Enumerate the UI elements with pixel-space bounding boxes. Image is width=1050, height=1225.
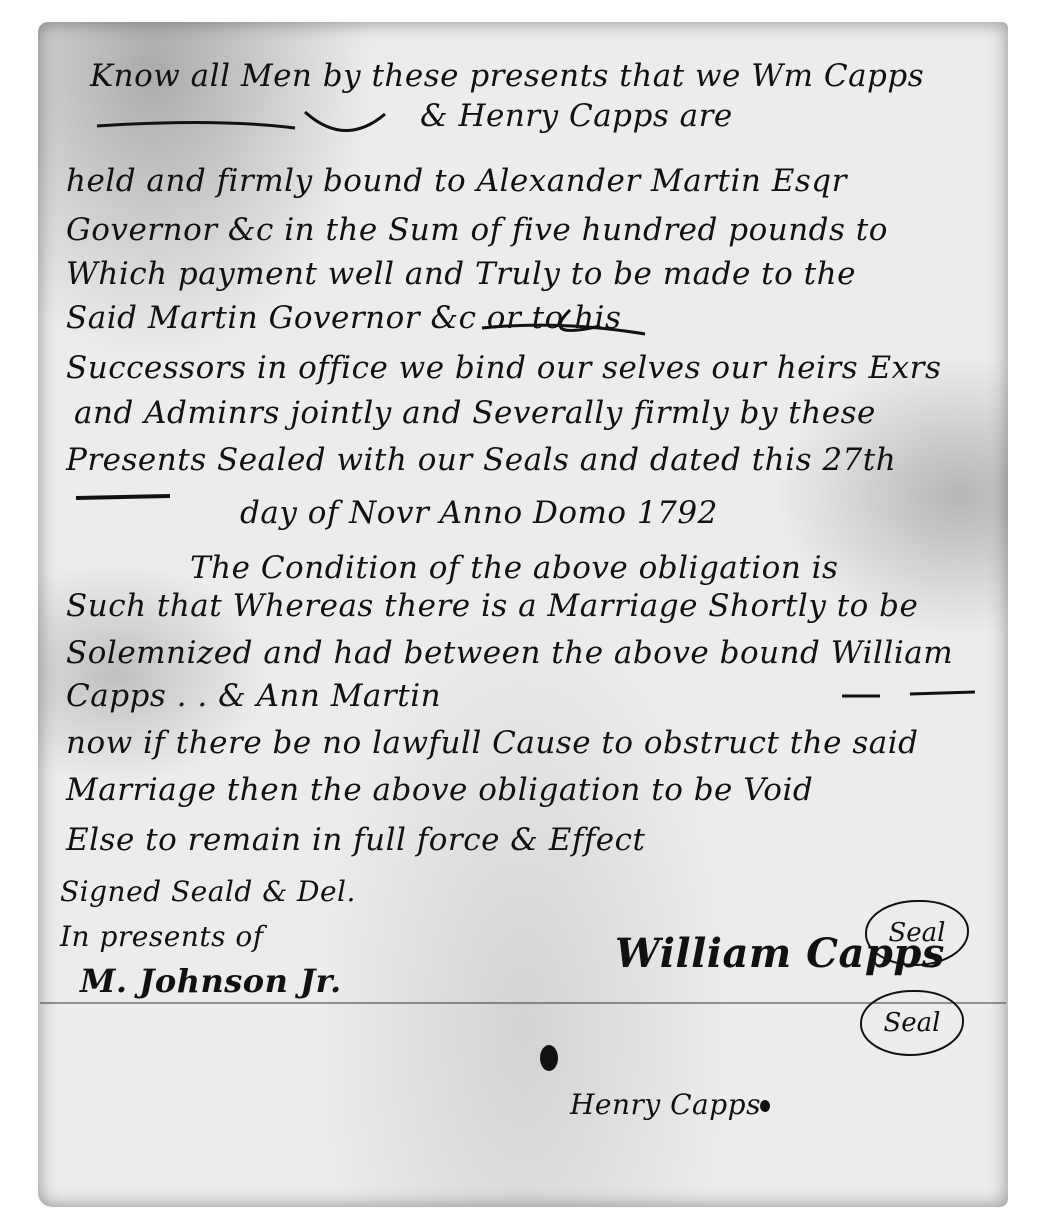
text-line-14: Capps . . & Ann Martin [66,678,441,714]
flourish-line-icon [95,108,425,148]
witness-signature: M. Johnson Jr. [80,962,342,1000]
seal-label: Seal [883,1008,940,1038]
text-line-11: The Condition of the above obligation is [190,550,838,586]
ink-blot [760,1100,770,1112]
ink-blot [540,1045,558,1071]
text-line-10: day of Novr Anno Domo 1792 [240,495,718,531]
flourish-line-icon [840,688,980,702]
text-line-13: Solemnized and had between the above bou… [66,635,953,671]
text-line-17: Else to remain in full force & Effect [66,822,645,858]
text-line-12: Such that Whereas there is a Marriage Sh… [66,588,918,624]
text-line-7: Successors in office we bind our selves … [66,350,941,386]
text-line-9: Presents Sealed with our Seals and dated… [66,442,896,478]
text-line-3: held and firmly bound to Alexander Marti… [66,163,847,199]
text-line-1: Know all Men by these presents that we W… [90,58,924,94]
text-line-16: Marriage then the above obligation to be… [66,772,813,808]
text-line-2: & Henry Capps are [420,98,733,134]
flourish-line-icon [74,488,174,504]
fold-crease [40,1002,1006,1004]
signature-henry: Henry Capps [570,1088,761,1121]
attestation-presence: In presents of [60,920,264,953]
attestation-signed: Signed Seald & Del. [60,875,356,908]
text-line-5: Which payment well and Truly to be made … [66,256,856,292]
text-line-15: now if there be no lawfull Cause to obst… [66,725,918,761]
seal-label: Seal [888,918,945,948]
text-line-8: and Adminrs jointly and Severally firmly… [74,395,876,431]
text-line-4: Governor &c in the Sum of five hundred p… [66,212,888,248]
flourish-line-icon [480,290,650,340]
